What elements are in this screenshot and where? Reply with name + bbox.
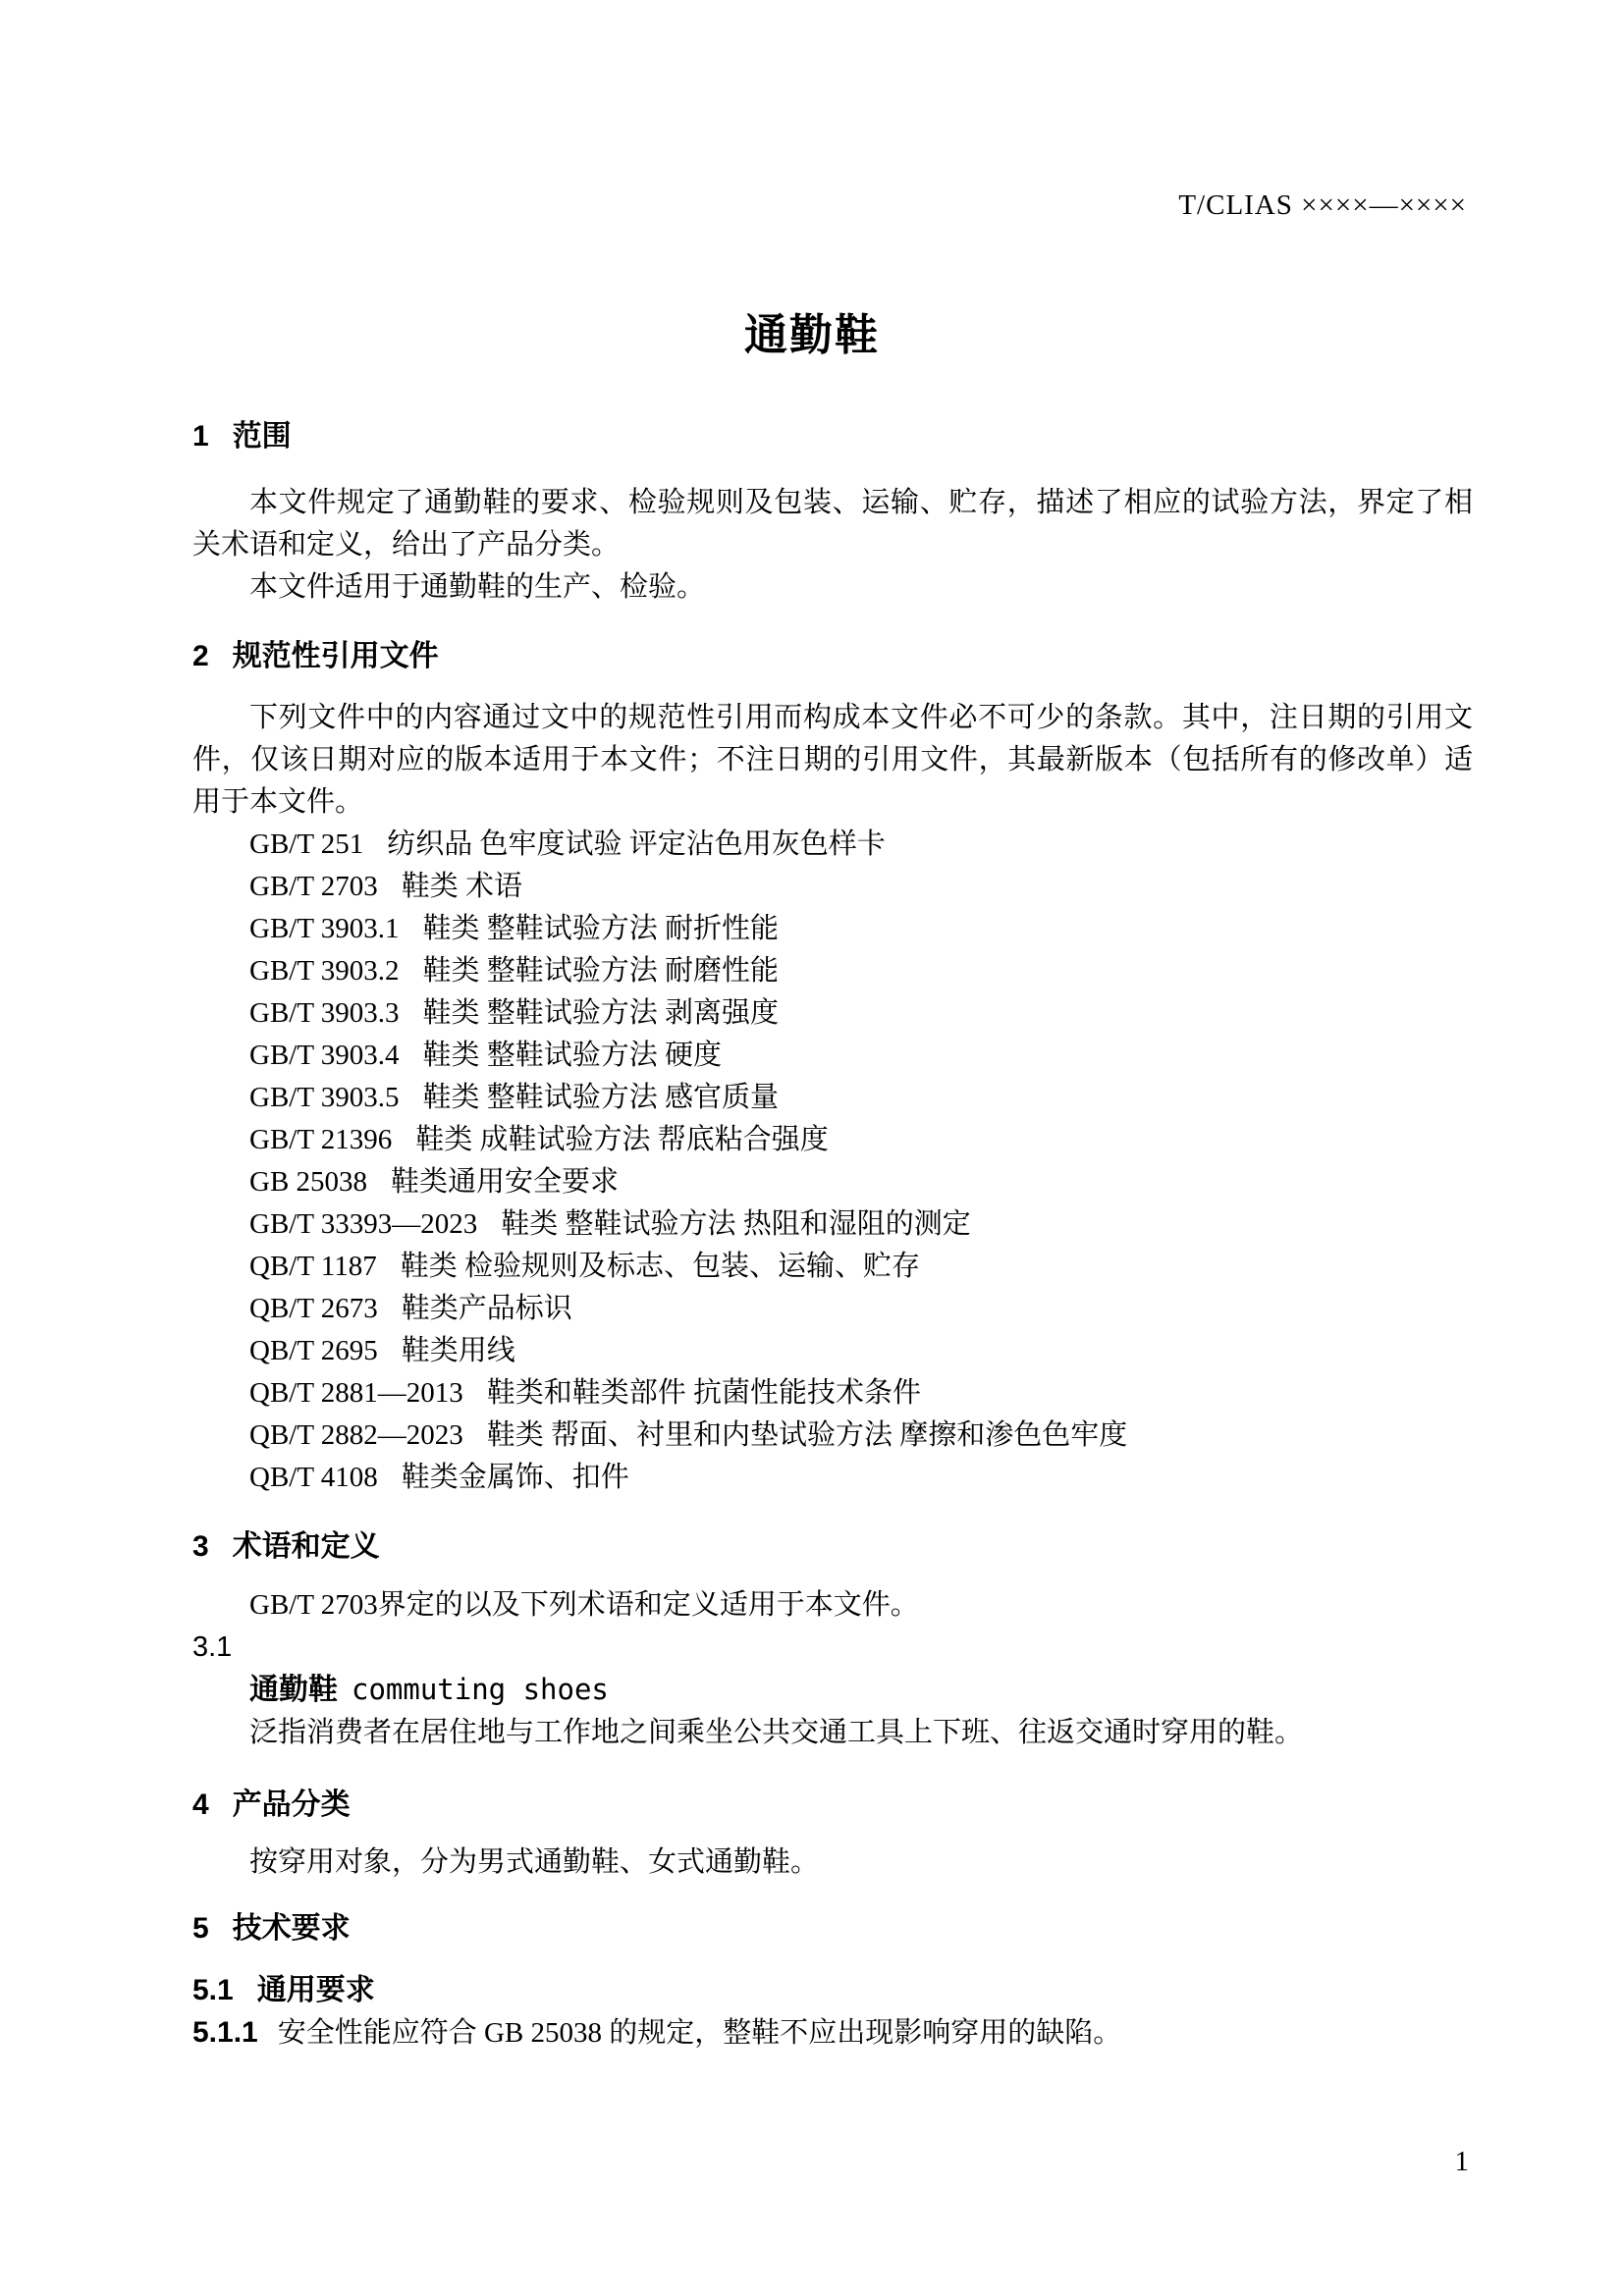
reference-item: GB/T 3903.3鞋类 整鞋试验方法 剥离强度 [249, 992, 1473, 1035]
term-definition: 泛指消费者在居住地与工作地之间乘坐公共交通工具上下班、往返交通时穿用的鞋。 [192, 1712, 1473, 1754]
reference-code: QB/T 1187 [249, 1251, 377, 1282]
section-number: 4 [192, 1785, 209, 1826]
reference-item: GB/T 251纺织品 色牢度试验 评定沾色用灰色样卡 [249, 824, 1473, 866]
clause-safety: 5.1.1安全性能应符合 GB 25038 的规定，整鞋不应出现影响穿用的缺陷。 [192, 2011, 1473, 2055]
document-page: T/CLIAS ××××—×××× 通勤鞋 1范围 本文件规定了通勤鞋的要求、检… [0, 0, 1624, 2296]
reference-title: 鞋类用线 [402, 1335, 515, 1366]
reference-code: QB/T 4108 [249, 1462, 378, 1493]
section-title: 术语和定义 [233, 1530, 380, 1563]
section-number: 3 [192, 1526, 209, 1568]
reference-item: GB/T 33393—2023鞋类 整鞋试验方法 热阻和湿阻的测定 [249, 1203, 1473, 1246]
reference-code: GB/T 33393—2023 [249, 1208, 477, 1240]
section-title: 产品分类 [233, 1789, 351, 1821]
classification-paragraph: 按穿用对象，分为男式通勤鞋、女式通勤鞋。 [192, 1842, 1473, 1884]
reference-title: 鞋类和鞋类部件 抗菌性能技术条件 [487, 1377, 921, 1409]
section-title: 技术要求 [233, 1912, 351, 1945]
reference-title: 鞋类 整鞋试验方法 热阻和湿阻的测定 [501, 1208, 971, 1240]
reference-list: GB/T 251纺织品 色牢度试验 评定沾色用灰色样卡GB/T 2703鞋类 术… [192, 824, 1473, 1499]
reference-item: QB/T 1187鞋类 检验规则及标志、包装、运输、贮存 [249, 1246, 1473, 1288]
section-number: 1 [192, 416, 209, 457]
section-number: 2 [192, 636, 209, 677]
term-entry-title: 通勤鞋commuting shoes [192, 1669, 1473, 1712]
reference-code: GB/T 3903.3 [249, 997, 400, 1029]
subsection-title: 通用要求 [257, 1974, 375, 2006]
reference-title: 鞋类产品标识 [402, 1293, 572, 1324]
terms-intro: GB/T 2703界定的以及下列术语和定义适用于本文件。 [192, 1584, 1473, 1627]
scope-paragraph-2: 本文件适用于通勤鞋的生产、检验。 [192, 566, 1473, 609]
section-heading-scope: 1范围 [192, 416, 1473, 457]
section-heading-technical-requirements: 5技术要求 [192, 1908, 1473, 1949]
reference-title: 纺织品 色牢度试验 评定沾色用灰色样卡 [387, 828, 886, 860]
section-number: 5 [192, 1908, 209, 1949]
reference-code: QB/T 2882—2023 [249, 1419, 463, 1451]
reference-title: 鞋类 整鞋试验方法 硬度 [423, 1040, 723, 1071]
section-title: 规范性引用文件 [233, 640, 439, 672]
page-number: 1 [1455, 2146, 1470, 2178]
reference-title: 鞋类通用安全要求 [391, 1166, 619, 1198]
reference-item: GB 25038鞋类通用安全要求 [249, 1161, 1473, 1203]
term-name-en: commuting shoes [352, 1673, 609, 1706]
section-title: 范围 [233, 420, 292, 453]
reference-item: GB/T 3903.4鞋类 整鞋试验方法 硬度 [249, 1035, 1473, 1077]
document-body: 1范围 本文件规定了通勤鞋的要求、检验规则及包装、运输、贮存，描述了相应的试验方… [192, 416, 1473, 2055]
reference-code: GB/T 2703 [249, 871, 378, 902]
reference-item: QB/T 4108鞋类金属饰、扣件 [249, 1457, 1473, 1499]
reference-code: GB/T 3903.5 [249, 1082, 400, 1113]
standard-code-header: T/CLIAS ××××—×××× [1178, 189, 1467, 222]
normative-references-intro: 下列文件中的内容通过文中的规范性引用而构成本文件必不可少的条款。其中，注日期的引… [192, 697, 1473, 824]
reference-item: GB/T 2703鞋类 术语 [249, 866, 1473, 908]
section-heading-terms: 3术语和定义 [192, 1526, 1473, 1568]
reference-code: GB 25038 [249, 1166, 367, 1198]
reference-title: 鞋类 整鞋试验方法 耐折性能 [423, 913, 780, 944]
reference-item: QB/T 2882—2023鞋类 帮面、衬里和内垫试验方法 摩擦和渗色色牢度 [249, 1415, 1473, 1457]
reference-item: GB/T 3903.1鞋类 整鞋试验方法 耐折性能 [249, 908, 1473, 950]
term-name-zh: 通勤鞋 [249, 1674, 338, 1706]
term-entry-number: 3.1 [192, 1627, 1473, 1669]
reference-code: GB/T 3903.4 [249, 1040, 400, 1071]
reference-title: 鞋类 整鞋试验方法 剥离强度 [423, 997, 780, 1029]
reference-item: QB/T 2695鞋类用线 [249, 1330, 1473, 1372]
reference-title: 鞋类 检验规则及标志、包装、运输、贮存 [401, 1251, 920, 1282]
clause-text: 安全性能应符合 GB 25038 的规定，整鞋不应出现影响穿用的缺陷。 [278, 2017, 1122, 2049]
reference-item: QB/T 2881—2013鞋类和鞋类部件 抗菌性能技术条件 [249, 1372, 1473, 1415]
section-heading-normative-references: 2规范性引用文件 [192, 636, 1473, 677]
reference-title: 鞋类 成鞋试验方法 帮底粘合强度 [415, 1124, 829, 1155]
reference-item: QB/T 2673鞋类产品标识 [249, 1288, 1473, 1330]
reference-code: QB/T 2881—2013 [249, 1377, 463, 1409]
reference-title: 鞋类金属饰、扣件 [402, 1462, 629, 1493]
reference-code: GB/T 3903.1 [249, 913, 400, 944]
reference-item: GB/T 3903.5鞋类 整鞋试验方法 感官质量 [249, 1077, 1473, 1119]
reference-code: GB/T 21396 [249, 1124, 392, 1155]
reference-title: 鞋类 整鞋试验方法 耐磨性能 [423, 955, 780, 987]
clause-number: 5.1.1 [192, 2016, 258, 2049]
reference-title: 鞋类 整鞋试验方法 感官质量 [423, 1082, 780, 1113]
subsection-number: 5.1 [192, 1970, 234, 2011]
reference-code: GB/T 3903.2 [249, 955, 400, 987]
reference-item: GB/T 3903.2鞋类 整鞋试验方法 耐磨性能 [249, 950, 1473, 992]
reference-title: 鞋类 帮面、衬里和内垫试验方法 摩擦和渗色色牢度 [487, 1419, 1128, 1451]
scope-paragraph-1: 本文件规定了通勤鞋的要求、检验规则及包装、运输、贮存，描述了相应的试验方法，界定… [192, 482, 1473, 566]
reference-code: GB/T 251 [249, 828, 363, 860]
reference-code: QB/T 2673 [249, 1293, 378, 1324]
section-heading-classification: 4产品分类 [192, 1785, 1473, 1826]
reference-item: GB/T 21396鞋类 成鞋试验方法 帮底粘合强度 [249, 1119, 1473, 1161]
subsection-heading-general-requirements: 5.1通用要求 [192, 1970, 1473, 2011]
document-title: 通勤鞋 [0, 306, 1624, 365]
reference-title: 鞋类 术语 [402, 871, 522, 902]
reference-code: QB/T 2695 [249, 1335, 378, 1366]
